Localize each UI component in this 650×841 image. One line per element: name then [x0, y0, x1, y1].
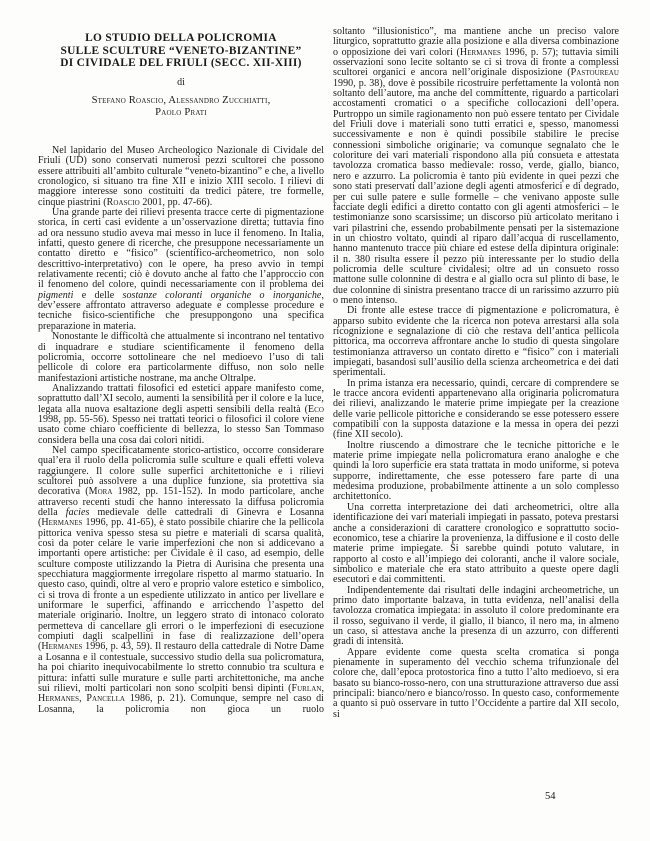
- paragraph-left-4: Analizzando trattati filosofici ed estet…: [38, 384, 324, 446]
- paragraph-right-5: Una corretta interpretazione dei dati ar…: [333, 503, 619, 586]
- article-title: LO STUDIO DELLA POLICROMIA SULLE SCULTUR…: [38, 32, 324, 70]
- paragraph-left-3: Nonostante le difficoltà che attualmente…: [38, 332, 324, 384]
- title-line-1: LO STUDIO DELLA POLICROMIA: [85, 32, 277, 44]
- authors: Stefano Roascio, Alessandro Zucchiatti, …: [38, 95, 324, 120]
- authors-line-2: Paolo Prati: [155, 107, 207, 118]
- title-line-3: DI CIVIDALE DEL FRIULI (SECC. XII-XIII): [60, 57, 301, 69]
- paragraph-right-6: Indipendentemente dai risultati delle in…: [333, 586, 619, 648]
- paragraph-left-5: Nel campo specificatamente storico-artis…: [38, 446, 324, 715]
- paragraph-right-1: soltanto “illusionistico”, ma mantiene a…: [333, 27, 619, 306]
- paragraph-right-2: Di fronte alle estese tracce di pigmenta…: [333, 306, 619, 378]
- paper-page: LO STUDIO DELLA POLICROMIA SULLE SCULTUR…: [0, 0, 650, 841]
- paragraph-right-3: In prima istanza era necessario, quindi,…: [333, 379, 619, 441]
- paragraph-right-7: Appare evidente come questa scelta croma…: [333, 648, 619, 720]
- paragraph-left-2: Una grande parte dei rilievi presenta tr…: [38, 208, 324, 332]
- left-column: LO STUDIO DELLA POLICROMIA SULLE SCULTUR…: [38, 27, 324, 720]
- title-line-2: SULLE SCULTURE “VENETO-BIZANTINE”: [61, 45, 302, 57]
- title-block: LO STUDIO DELLA POLICROMIA SULLE SCULTUR…: [38, 32, 324, 120]
- byline: di: [38, 77, 324, 88]
- authors-line-1: Stefano Roascio, Alessandro Zucchiatti,: [92, 95, 271, 106]
- right-column: soltanto “illusionistico”, ma mantiene a…: [333, 27, 619, 720]
- paragraph-left-1: Nel lapidario del Museo Archeologico Naz…: [38, 146, 324, 208]
- text-columns: LO STUDIO DELLA POLICROMIA SULLE SCULTUR…: [38, 27, 619, 720]
- paragraph-right-4: Inoltre riuscendo a dimostrare che le te…: [333, 441, 619, 503]
- page-number: 54: [545, 791, 556, 802]
